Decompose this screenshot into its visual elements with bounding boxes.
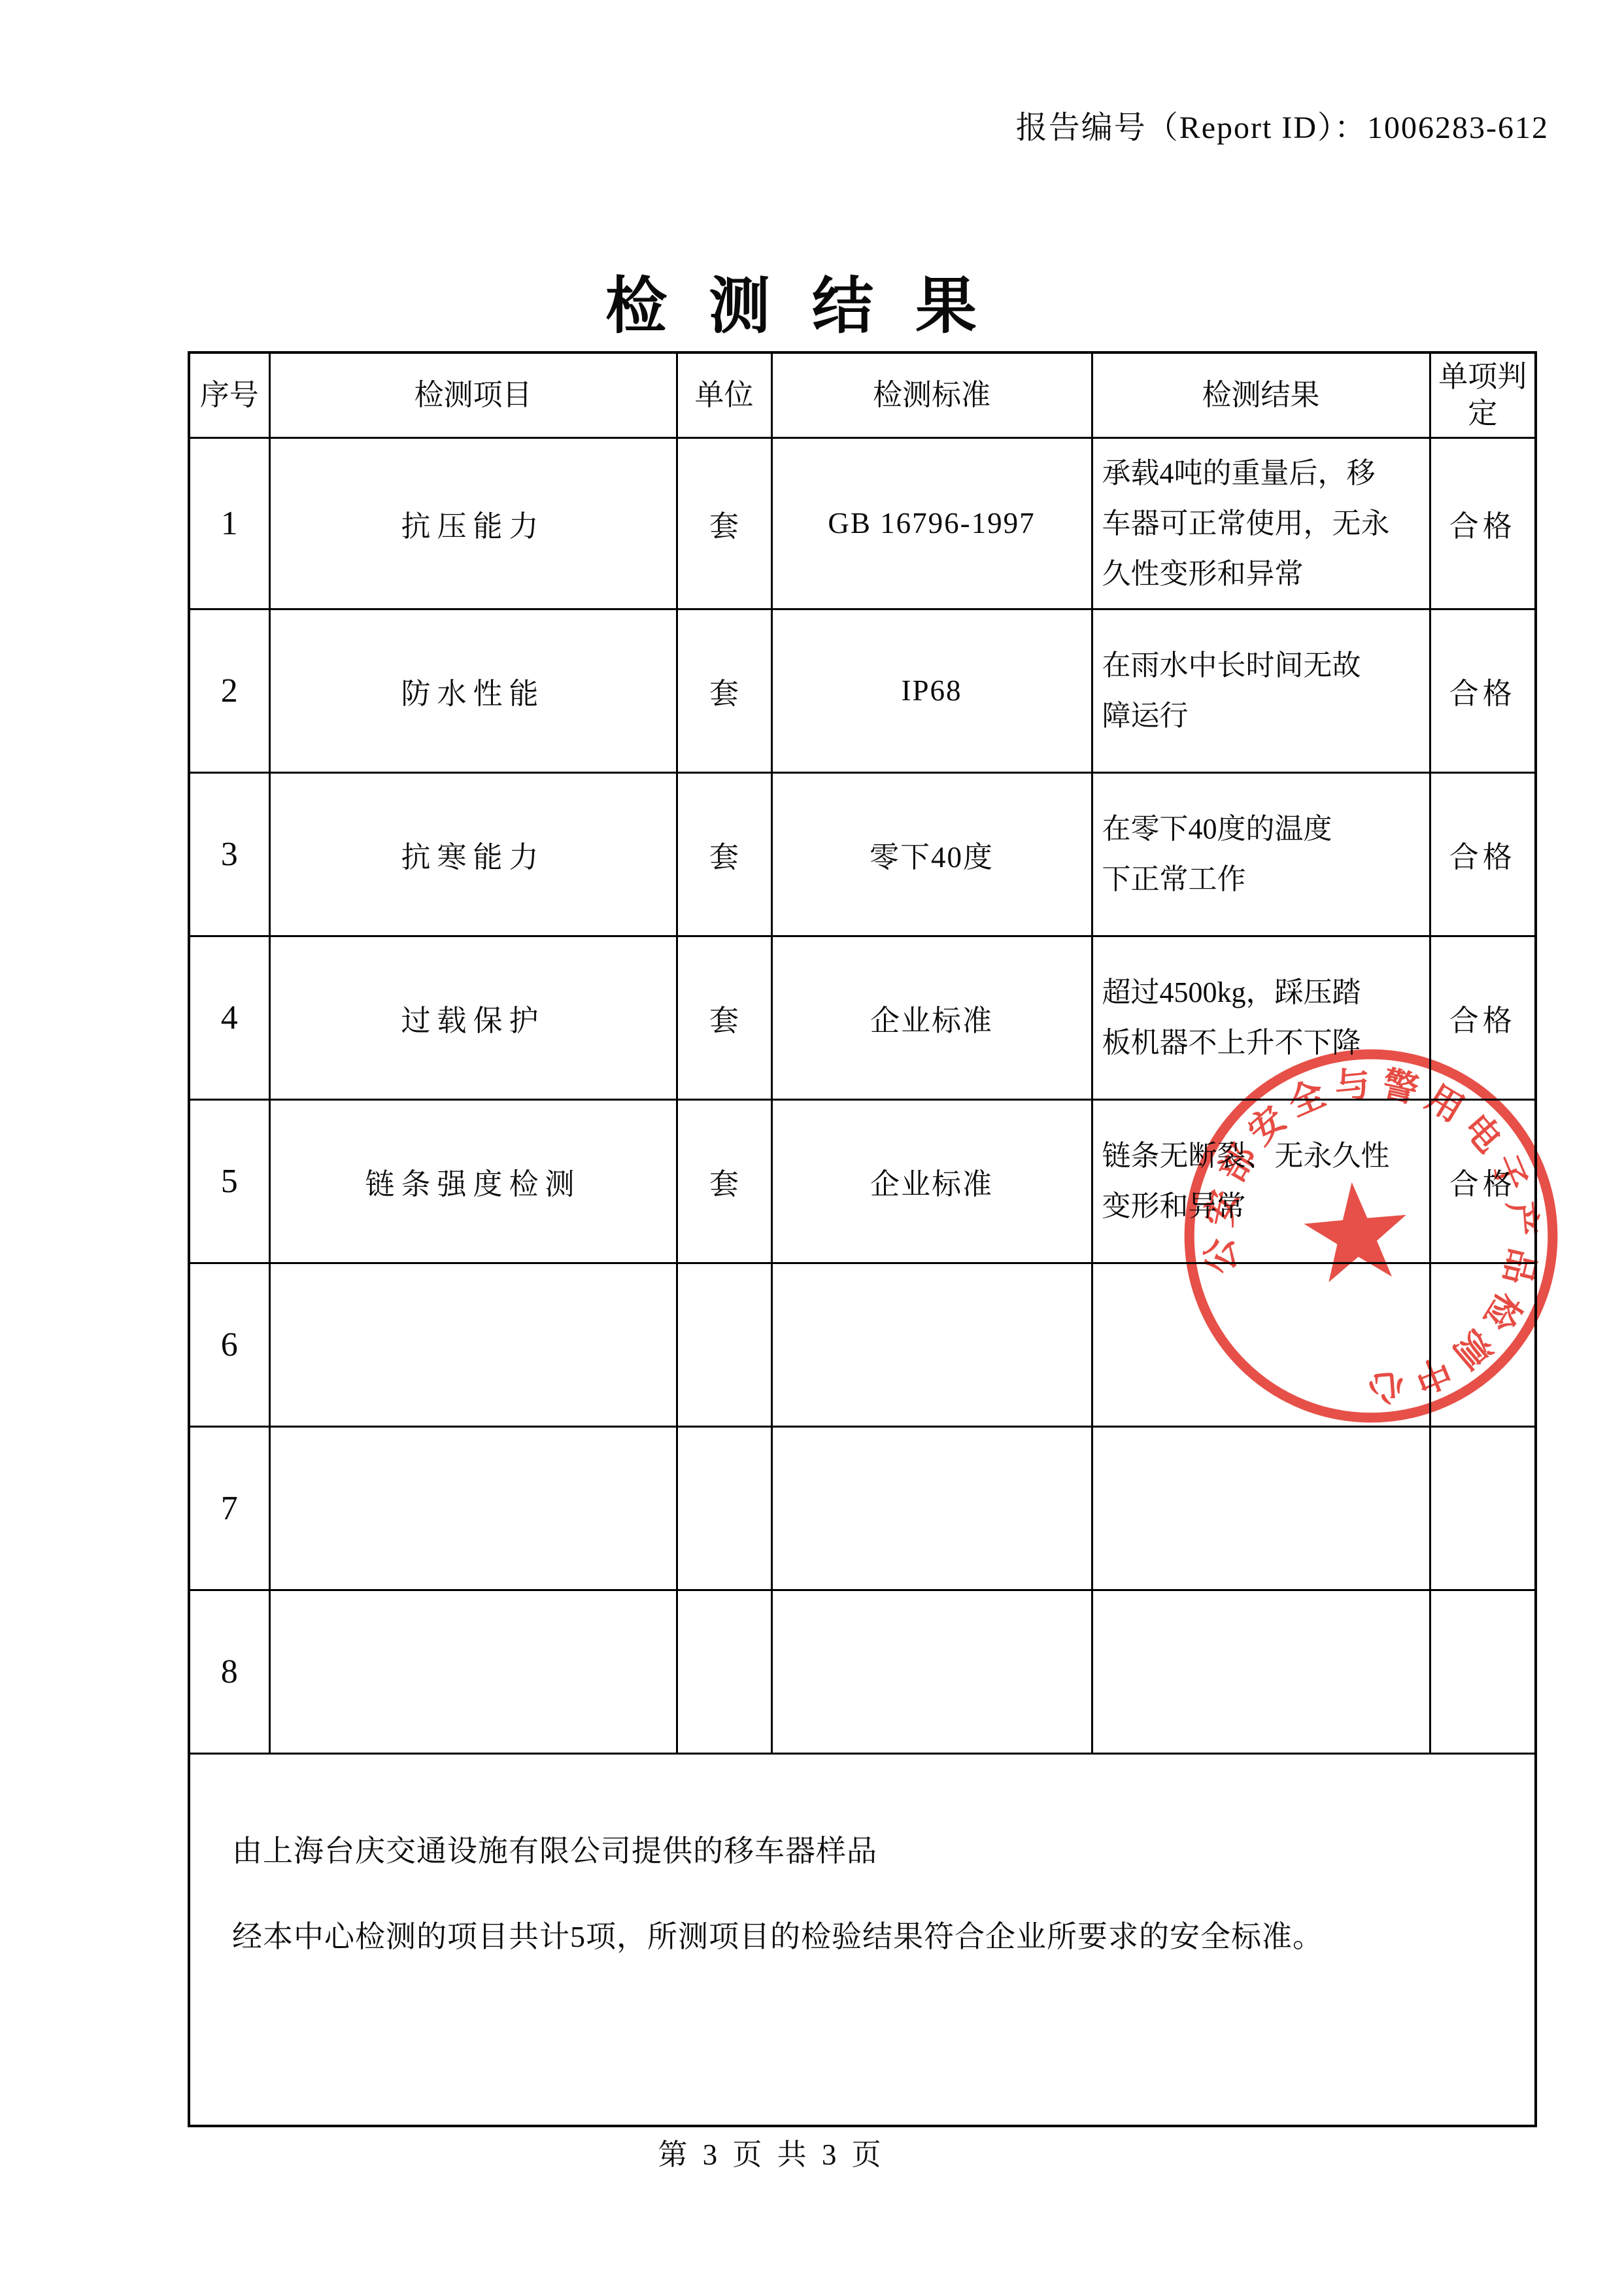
summary-row: 由上海台庆交通设施有限公司提供的移车器样品 经本中心检测的项目共计5项，所测项目… [189,1753,1536,2126]
table-row: 5 链条强度检测 套 企业标准 链条无断裂、无永久性 变形和异常 合格 [189,1099,1536,1263]
cell-standard [771,1426,1092,1590]
cell-test-item [269,1590,677,1753]
results-table: 序号 检测项目 单位 检测标准 检测结果 单项判定 1 抗压能力 套 GB 16… [188,351,1537,2127]
table-header-row: 序号 检测项目 单位 检测标准 检测结果 单项判定 [189,352,1536,437]
cell-row-number: 3 [189,772,269,936]
cell-standard: GB 16796-1997 [771,437,1092,609]
cell-row-number: 2 [189,609,269,772]
cell-judgment: 合格 [1430,772,1536,936]
cell-standard: 企业标准 [771,1099,1092,1263]
cell-result [1092,1263,1430,1426]
cell-test-item: 防水性能 [269,609,677,772]
cell-row-number: 6 [189,1263,269,1426]
cell-judgment: 合格 [1430,609,1536,772]
cell-row-number: 5 [189,1099,269,1263]
cell-result: 链条无断裂、无永久性 变形和异常 [1092,1099,1430,1263]
cell-judgment [1430,1426,1536,1590]
table-row: 3 抗寒能力 套 零下40度 在零下40度的温度 下正常工作 合格 [189,772,1536,936]
cell-judgment: 合格 [1430,437,1536,609]
cell-test-item: 抗寒能力 [269,772,677,936]
summary-line-1: 由上海台庆交通设施有限公司提供的移车器样品 [232,1832,1508,1871]
summary-cell: 由上海台庆交通设施有限公司提供的移车器样品 经本中心检测的项目共计5项，所测项目… [189,1753,1536,2126]
cell-row-number: 8 [189,1590,269,1753]
header-cell-result: 检测结果 [1092,352,1430,437]
report-id: 报告编号（Report ID）：1006283-612 [1016,102,1549,147]
table-row: 4 过载保护 套 企业标准 超过4500kg，踩压踏 板机器不上升不下降 合格 [189,936,1536,1099]
cell-result [1092,1590,1430,1753]
cell-unit: 套 [677,936,771,1099]
cell-judgment [1430,1263,1536,1426]
cell-test-item: 过载保护 [269,936,677,1099]
cell-result: 在雨水中长时间无故 障运行 [1092,609,1430,772]
header-cell-judgment: 单项判定 [1430,352,1536,437]
cell-test-item: 链条强度检测 [269,1099,677,1263]
table-row: 7 [189,1426,1536,1590]
cell-test-item [269,1263,677,1426]
cell-test-item: 抗压能力 [269,437,677,609]
cell-result: 承载4吨的重量后，移 车器可正常使用，无永 久性变形和异常 [1092,437,1430,609]
header-cell-standard: 检测标准 [771,352,1092,437]
cell-standard: 零下40度 [771,772,1092,936]
cell-standard [771,1263,1092,1426]
table-row: 2 防水性能 套 IP68 在雨水中长时间无故 障运行 合格 [189,609,1536,772]
cell-unit: 套 [677,437,771,609]
cell-standard: 企业标准 [771,936,1092,1099]
cell-row-number: 7 [189,1426,269,1590]
cell-unit: 套 [677,772,771,936]
cell-row-number: 4 [189,936,269,1099]
page-title: 检测结果 [0,256,1624,345]
header-cell-unit: 单位 [677,352,771,437]
summary-line-2: 经本中心检测的项目共计5项，所测项目的检验结果符合企业所要求的安全标准。 [232,1917,1508,1957]
cell-unit: 套 [677,609,771,772]
cell-result: 在零下40度的温度 下正常工作 [1092,772,1430,936]
table-row: 6 [189,1263,1536,1426]
header-cell-no: 序号 [189,352,269,437]
cell-standard: IP68 [771,609,1092,772]
cell-judgment: 合格 [1430,936,1536,1099]
cell-unit [677,1426,771,1590]
cell-unit [677,1263,771,1426]
cell-unit: 套 [677,1099,771,1263]
cell-standard [771,1590,1092,1753]
header-cell-item: 检测项目 [269,352,677,437]
cell-row-number: 1 [189,437,269,609]
cell-test-item [269,1426,677,1590]
cell-judgment [1430,1590,1536,1753]
table-row: 8 [189,1590,1536,1753]
cell-result [1092,1426,1430,1590]
cell-unit [677,1590,771,1753]
table-row: 1 抗压能力 套 GB 16796-1997 承载4吨的重量后，移 车器可正常使… [189,437,1536,609]
cell-judgment: 合格 [1430,1099,1536,1263]
page-number: 第 3 页 共 3 页 [0,2131,1543,2173]
cell-result: 超过4500kg，踩压踏 板机器不上升不下降 [1092,936,1430,1099]
